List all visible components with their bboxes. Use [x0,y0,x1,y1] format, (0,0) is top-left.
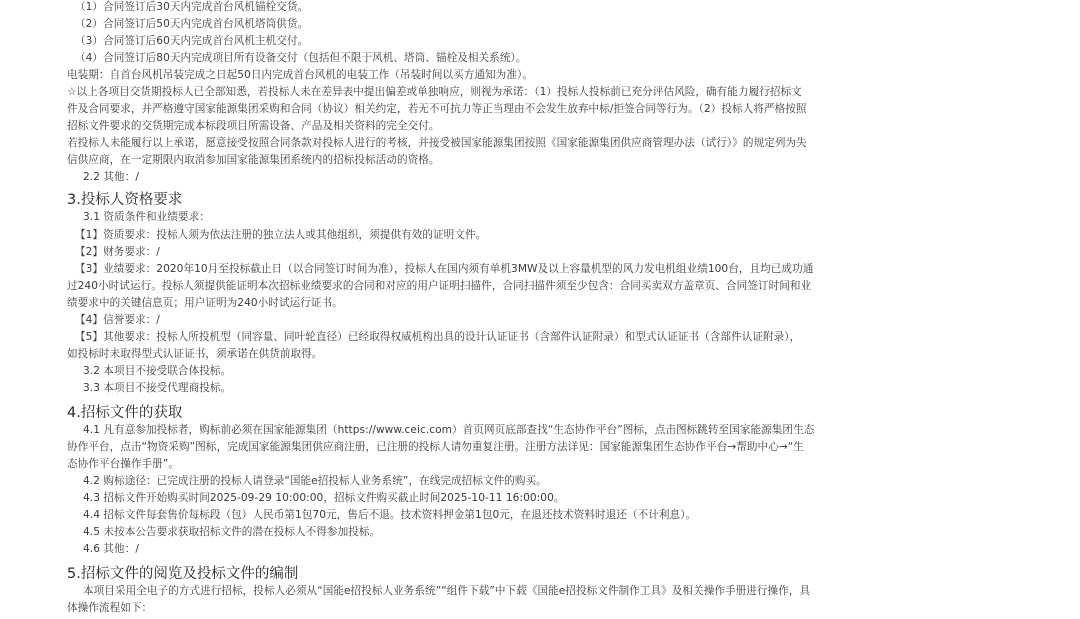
electrical-period: 电装期：自首台风机吊装完成之日起50日内完成首台风机的电装工作（吊装时间以买方通… [67,67,533,84]
item-3-2: 3.2 本项目不接受联合体投标。 [83,363,231,380]
commitment-line-3: 招标文件要求的交货期完成本标段项目所需设备、产品及相关资料的完全交付。 [67,118,440,135]
delivery-item-1: （1）合同签订后30天内完成首台风机锚栓交货。 [75,0,308,16]
section-3-title: 3.投标人资格要求 [67,190,182,210]
section-5-body-line-1: 本项目采用全电子的方式进行招标，投标人必须从“国能e招投标人业务系统”“组件下载… [83,583,810,600]
requirement-3-line-1: 【3】业绩要求：2020年10月至投标截止日（以合同签订时间为准），投标人在国内… [75,261,813,278]
requirement-3-line-3: 绩要求中的关键信息页；用户证明为240小时试运行证书。 [67,295,343,312]
section-5-body-line-2: 体操作流程如下： [67,600,152,617]
penalty-line-1: 若投标人未能履行以上承诺，愿意接受按照合同条款对投标人进行的考核，并接受被国家能… [67,135,807,152]
item-3-3: 3.3 本项目不接受代理商投标。 [83,380,231,397]
delivery-item-3: （3）合同签订后60天内完成首台风机主机交付。 [75,33,308,50]
item-3-1: 3.1 资质条件和业绩要求： [83,209,210,226]
requirement-2: 【2】财务要求：/ [75,244,160,261]
item-2-2: 2.2 其他：/ [83,169,139,186]
requirement-4: 【4】信誉要求：/ [75,312,160,329]
commitment-line-2: 件及合同要求，并严格遵守国家能源集团采购和合同（协议）相关约定，若无不可抗力等正… [67,101,807,118]
delivery-item-4: （4）合同签订后80天内完成项目所有设备交付（包括但不限于风机、塔筒、锚栓及相关… [75,50,526,67]
section-4-title: 4.招标文件的获取 [67,403,182,423]
item-4-4: 4.4 招标文件每套售价每标段（包）人民币第1包70元，售后不退。技术资料押金第… [83,507,696,524]
item-4-1-line-3: 态协作平台操作手册”。 [67,456,179,473]
requirement-1: 【1】资质要求：投标人须为依法注册的独立法人或其他组织，须提供有效的证明文件。 [75,227,486,244]
item-4-2: 4.2 购标途径：已完成注册的投标人请登录“国能e招投标人业务系统”，在线完成招… [83,473,547,490]
item-4-3: 4.3 招标文件开始购买时间2025-09-29 10:00:00，招标文件购买… [83,490,565,507]
item-4-1-line-1: 4.1 凡有意参加投标者，购标前必须在国家能源集团（https://www.ce… [83,422,814,439]
penalty-line-2: 信供应商，在一定期限内取消参加国家能源集团系统内的招标投标活动的资格。 [67,152,440,169]
requirement-5-line-2: 如投标时未取得型式认证证书，须承诺在供货前取得。 [67,346,322,363]
section-5-title: 5.招标文件的阅览及投标文件的编制 [67,564,298,584]
item-4-5: 4.5 未按本公告要求获取招标文件的潜在投标人不得参加投标。 [83,524,380,541]
delivery-item-2: （2）合同签订后50天内完成首台风机塔筒供货。 [75,16,308,33]
requirement-5-line-1: 【5】其他要求：投标人所投机型（同容量、同叶轮直径）已经取得权威机构出具的设计认… [75,329,800,346]
commitment-line-1: ☆以上各项目交货期投标人已全部知悉，若投标人未在差异表中提出偏差或单独响应，则视… [67,84,802,101]
item-4-1-line-2: 协作平台，点击“物资采购”图标，完成国家能源集团供应商注册，已注册的投标人请勿重… [67,439,804,456]
item-4-6: 4.6 其他：/ [83,541,139,558]
requirement-3-line-2: 过240小时试运行。投标人须提供能证明本次招标业绩要求的合同和对应的用户证明扫描… [67,278,811,295]
